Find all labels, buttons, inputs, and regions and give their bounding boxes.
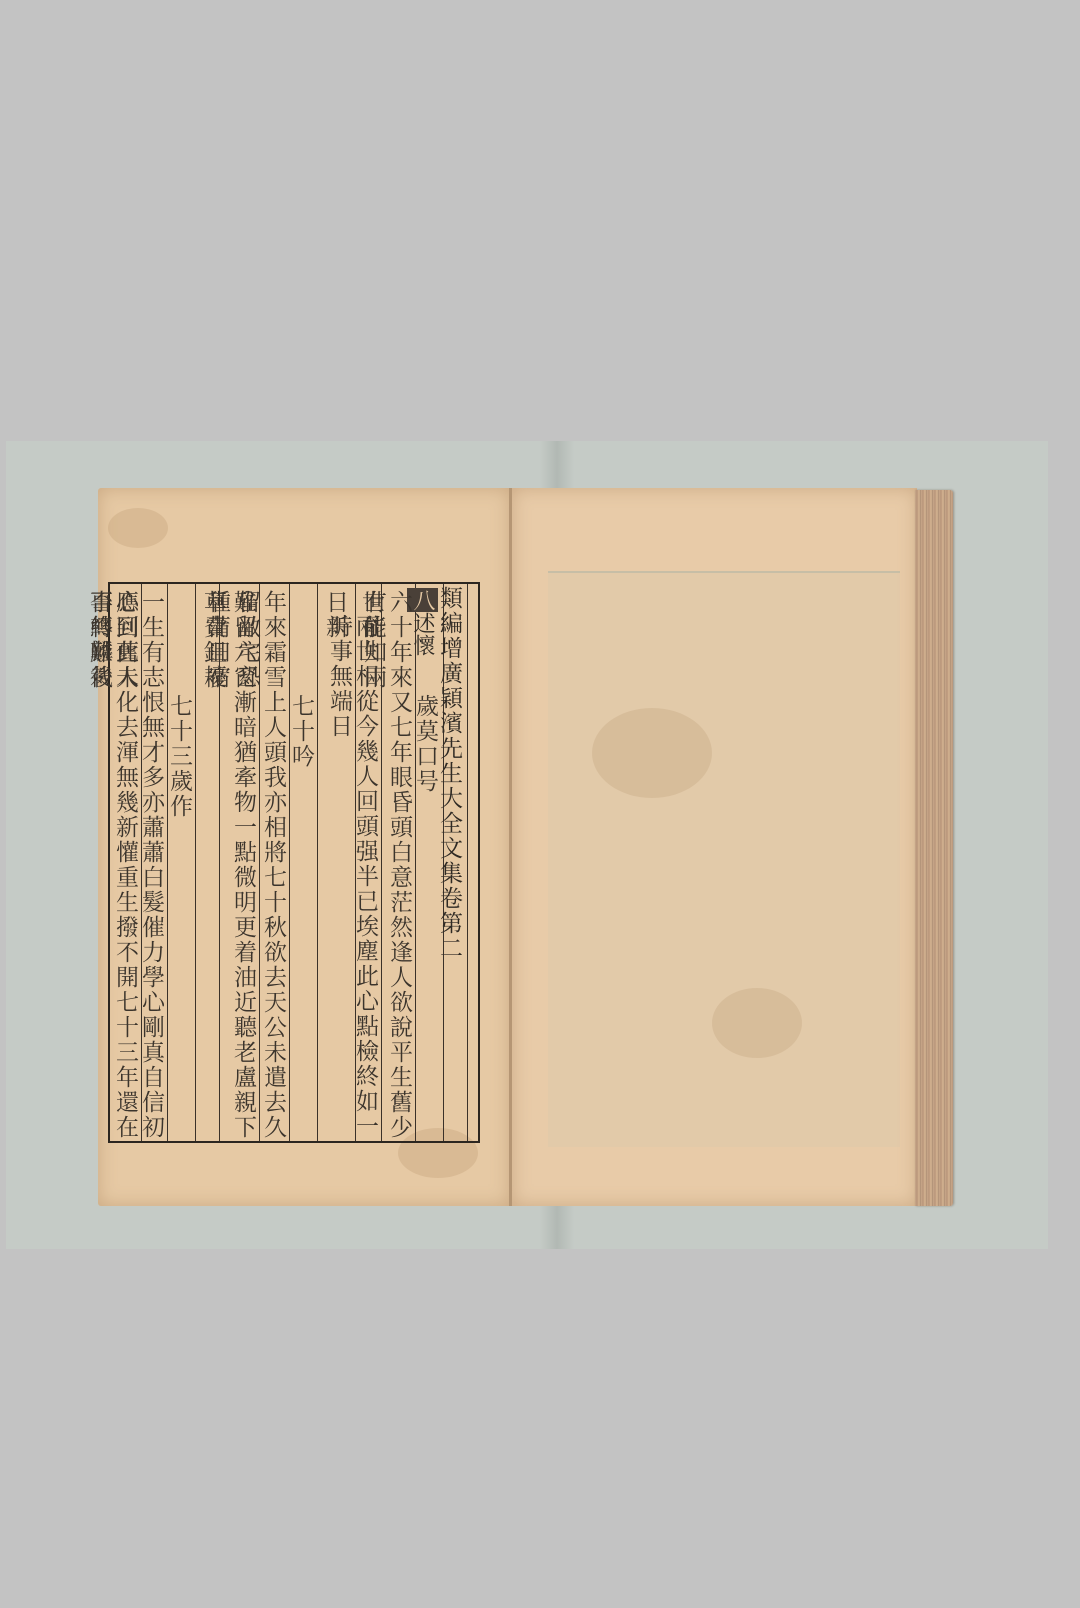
text-block-frame: 類編增廣穎濱先生大全文集卷第二 八述懷 歲莫口号 六十年來又七年眼昏頭白意茫然逢…	[108, 582, 480, 1143]
poem-title: 歲莫口号	[412, 694, 438, 794]
column-rule	[289, 584, 290, 1141]
poem-line: 草費鉏耰	[200, 590, 226, 690]
section-title: 述懷	[410, 612, 435, 656]
poem-line: 兩世相從今幾人回頭强半已埃塵此心點檢終如一時事無端日	[326, 614, 378, 1141]
column-rule	[167, 584, 168, 1141]
poem-title: 七十吟	[288, 694, 314, 769]
poem-title: 七十三歲作	[166, 694, 192, 819]
column-rule	[415, 584, 416, 1141]
column-rules	[110, 584, 478, 1141]
column-rule	[195, 584, 196, 1141]
page-stack-edge	[915, 490, 953, 1206]
poem-line: 日新	[322, 590, 348, 640]
show-through-frame	[548, 571, 900, 1147]
column-rule	[467, 584, 468, 1141]
paper-stain	[108, 508, 168, 548]
poem-line: 事轉難栽	[86, 590, 112, 690]
column-rule	[317, 584, 318, 1141]
